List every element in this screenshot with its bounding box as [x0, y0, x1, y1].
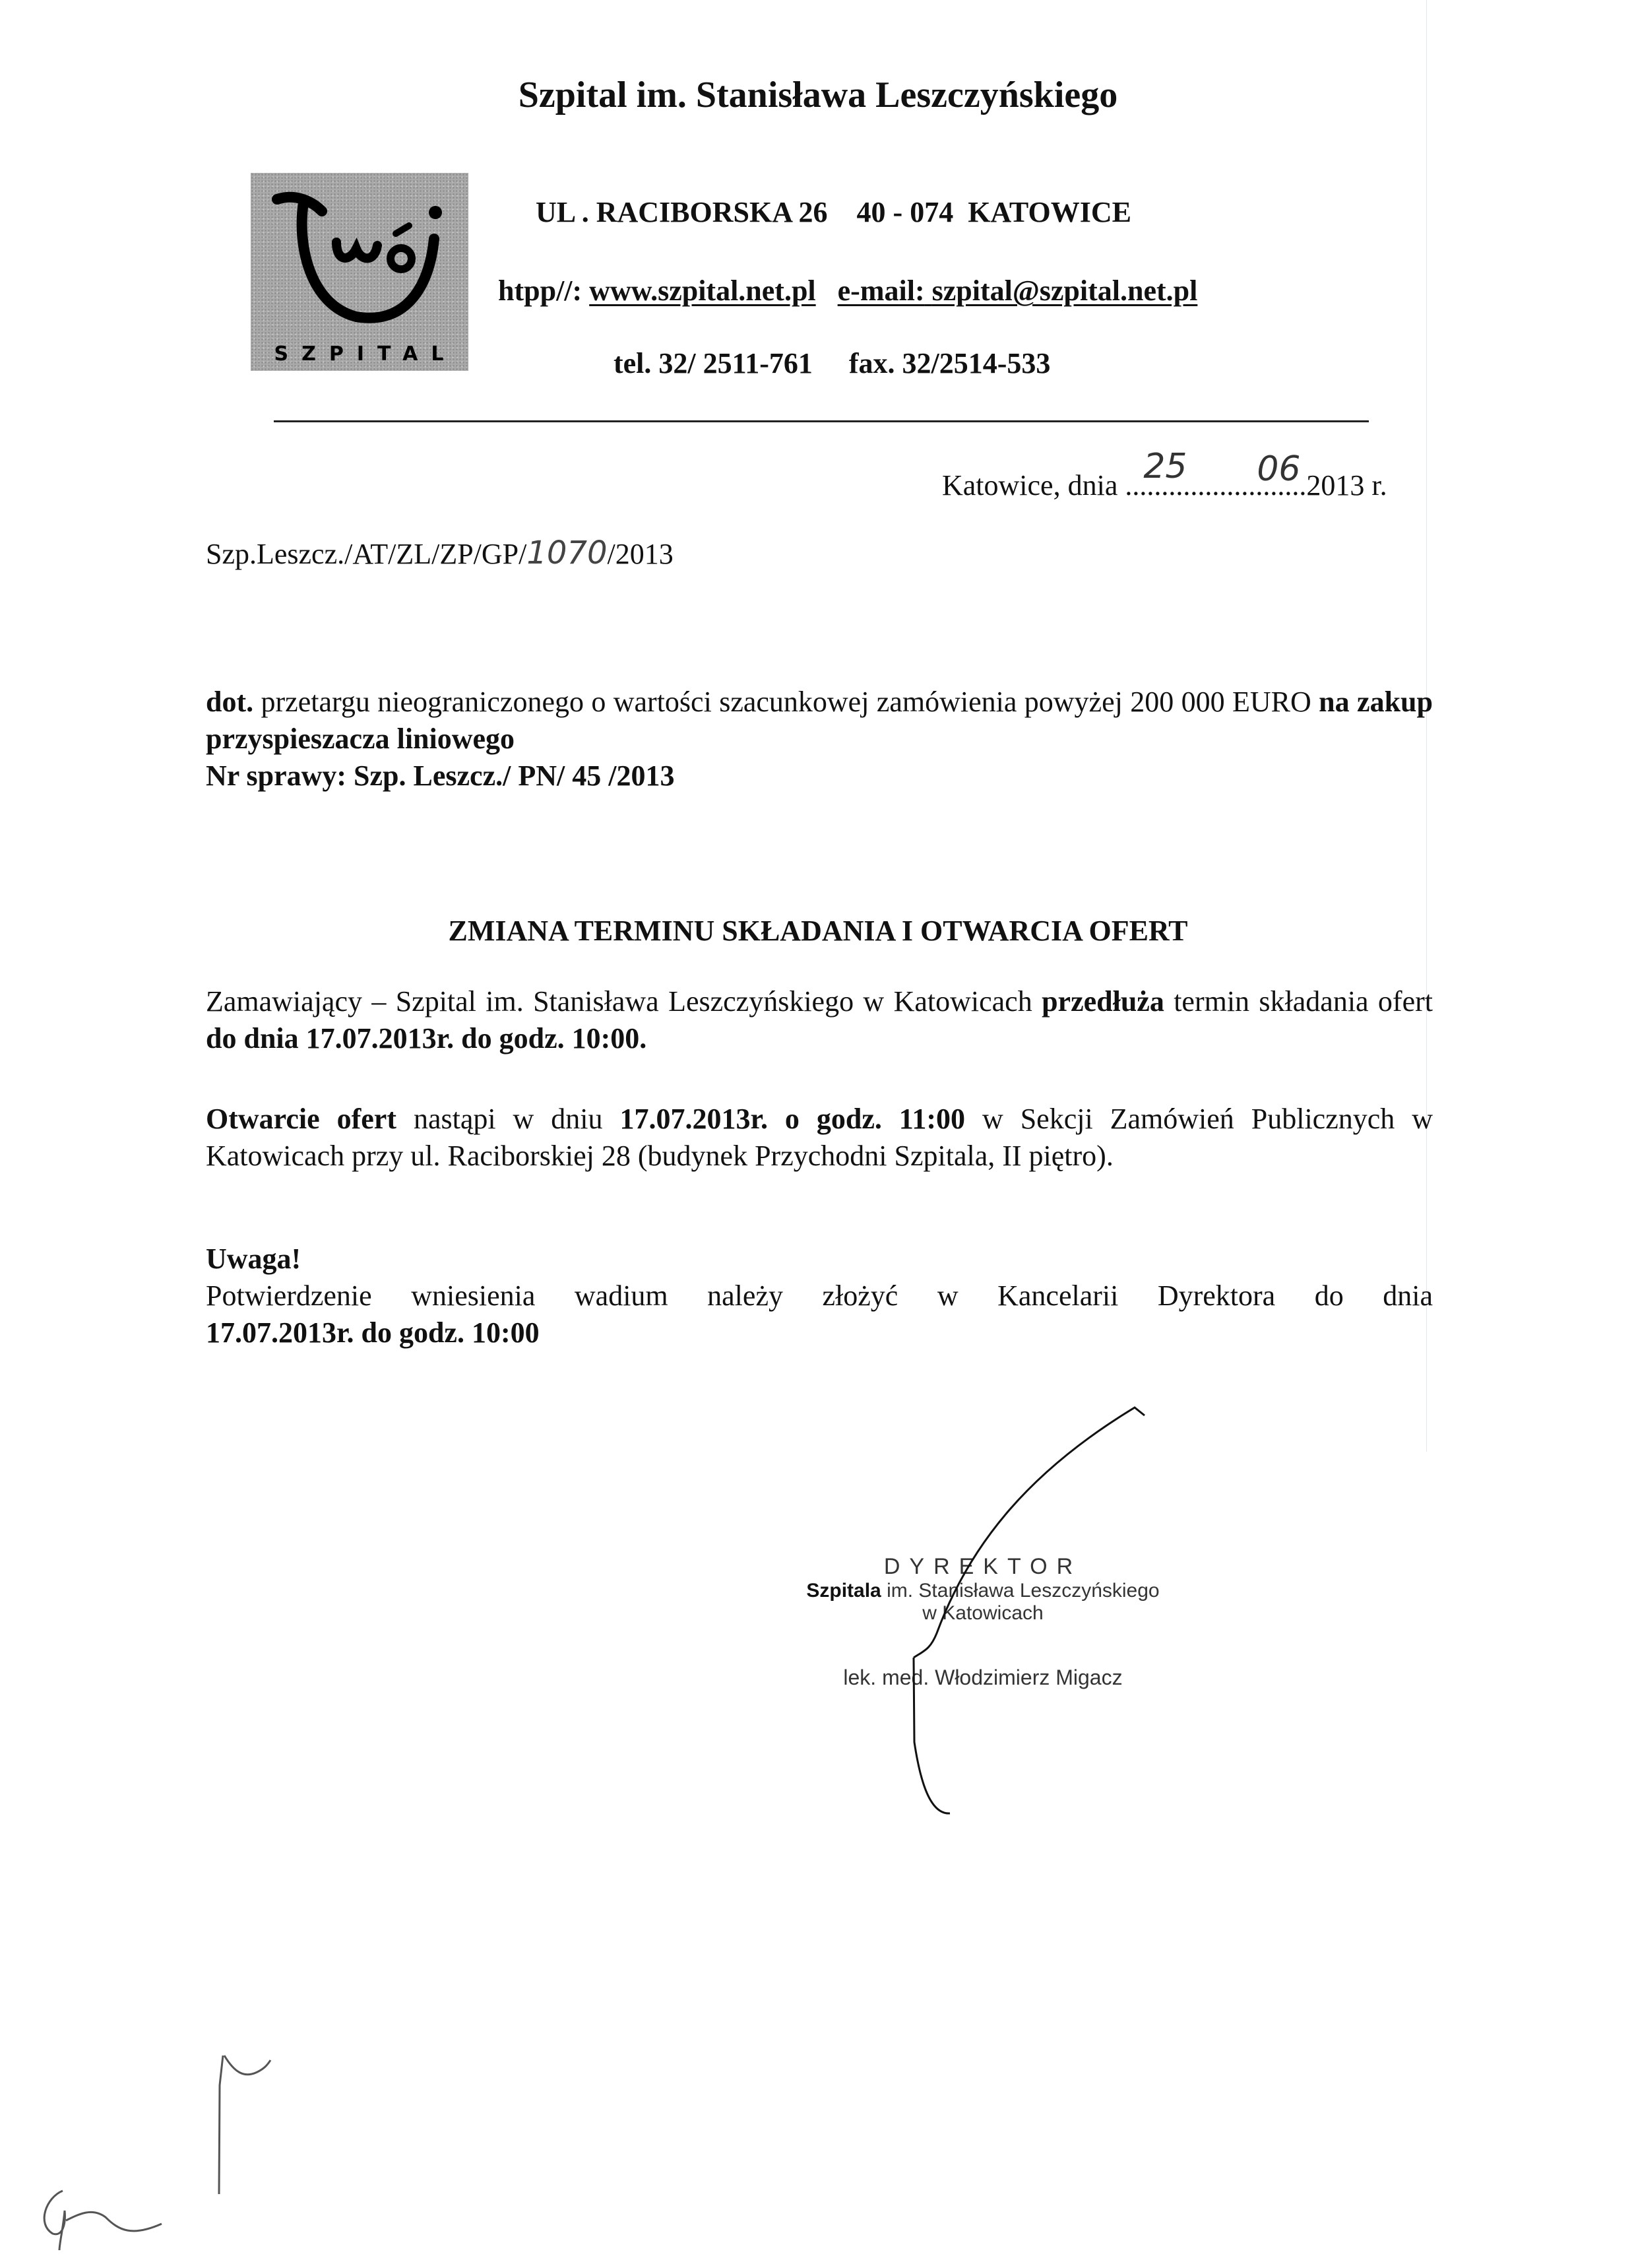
email-address: szpital@szpital.net.pl: [932, 275, 1198, 307]
case-number: Nr sprawy: Szp. Leszcz./ PN/ 45 /2013: [206, 758, 1433, 794]
stamp-title: DYREKTOR: [778, 1554, 1187, 1580]
reference-suffix: /2013: [608, 538, 674, 570]
subject-block: dot. przetargu nieograniczonego o wartoś…: [206, 684, 1433, 794]
director-stamp: DYREKTOR Szpitala im. Stanisława Leszczy…: [778, 1554, 1187, 1690]
p2-text1: nastąpi w dniu: [396, 1103, 619, 1135]
stamp-city: w Katowicach: [778, 1602, 1187, 1625]
p2-bold2: 17.07.2013r. o godz. 11:00: [619, 1103, 965, 1135]
reference-number: Szp.Leszcz./AT/ZL/ZP/GP/1070/2013: [206, 535, 674, 571]
p1-bold2: do dnia 17.07.2013r. do godz. 10:00.: [206, 1022, 646, 1054]
reference-prefix: Szp.Leszcz./AT/ZL/ZP/GP/: [206, 538, 526, 570]
handwritten-month: 06: [1257, 449, 1300, 489]
p2-bold1: Otwarcie ofert: [206, 1103, 396, 1135]
date-line: Katowice, dnia .........................…: [942, 469, 1387, 502]
subject-description: przetargu nieograniczonego o wartości sz…: [253, 686, 1311, 718]
email-link[interactable]: e-mail: szpital@szpital.net.pl: [838, 275, 1198, 307]
stamp-institution-rest: im. Stanisława Leszczyńskiego: [881, 1580, 1160, 1602]
p1-text2: termin składania ofert: [1164, 985, 1433, 1018]
postal-city: 40 - 074 KATOWICE: [857, 196, 1131, 228]
handwritten-reference-number: 1070: [526, 535, 607, 571]
address-line: UL . RACIBORSKA 26 40 - 074 KATOWICE: [536, 195, 1131, 229]
subject-label: dot.: [206, 686, 253, 718]
paragraph-opening: Otwarcie ofert nastąpi w dniu 17.07.2013…: [206, 1101, 1433, 1175]
logo-text: SZPITAL: [251, 342, 468, 366]
street-address: UL . RACIBORSKA 26: [536, 196, 828, 228]
p1-text1: Zamawiający – Szpital im. Stanisława Les…: [206, 985, 1042, 1018]
note-text: Potwierdzenie wniesienia wadium należy z…: [206, 1278, 1433, 1314]
fax-number: fax. 32/2514-533: [849, 347, 1051, 379]
date-suffix: 2013 r.: [1306, 469, 1387, 502]
p1-bold1: przedłuża: [1042, 985, 1164, 1018]
subject-text: dot. przetargu nieograniczonego o wartoś…: [206, 684, 1433, 758]
note-deadline: 17.07.2013r. do godz. 10:00: [206, 1314, 1433, 1351]
paragraph-deadline: Zamawiający – Szpital im. Stanisława Les…: [206, 983, 1433, 1057]
initials-scribble-icon: [44, 2056, 270, 2250]
smile-logo-icon: [251, 173, 468, 371]
date-fill: .........................2506: [1125, 469, 1306, 502]
date-prefix: Katowice, dnia: [942, 469, 1125, 502]
contact-web-line: htpp//: www.szpital.net.pl e-mail: szpit…: [498, 274, 1197, 308]
website-link[interactable]: www.szpital.net.pl: [589, 275, 815, 307]
stamp-institution-bold: Szpitala: [806, 1580, 881, 1602]
stamp-institution: Szpitala im. Stanisława Leszczyńskiego: [778, 1580, 1187, 1602]
header-divider: [274, 420, 1369, 422]
phone-number: tel. 32/ 2511-761: [613, 347, 813, 379]
hospital-name-title: Szpital im. Stanisława Leszczyńskiego: [0, 74, 1636, 116]
web-label: htpp//:: [498, 275, 582, 307]
note-title: Uwaga!: [206, 1241, 1433, 1278]
email-label: e-mail:: [838, 275, 925, 307]
phone-fax-line: tel. 32/ 2511-761 fax. 32/2514-533: [613, 346, 1050, 380]
handwritten-day: 25: [1143, 447, 1187, 486]
hospital-logo: SZPITAL: [251, 173, 468, 371]
notice-heading: ZMIANA TERMINU SKŁADANIA I OTWARCIA OFER…: [0, 914, 1636, 948]
stamp-signatory-name: lek. med. Włodzimierz Migacz: [778, 1666, 1187, 1690]
paragraph-note: Uwaga! Potwierdzenie wniesienia wadium n…: [206, 1241, 1433, 1351]
